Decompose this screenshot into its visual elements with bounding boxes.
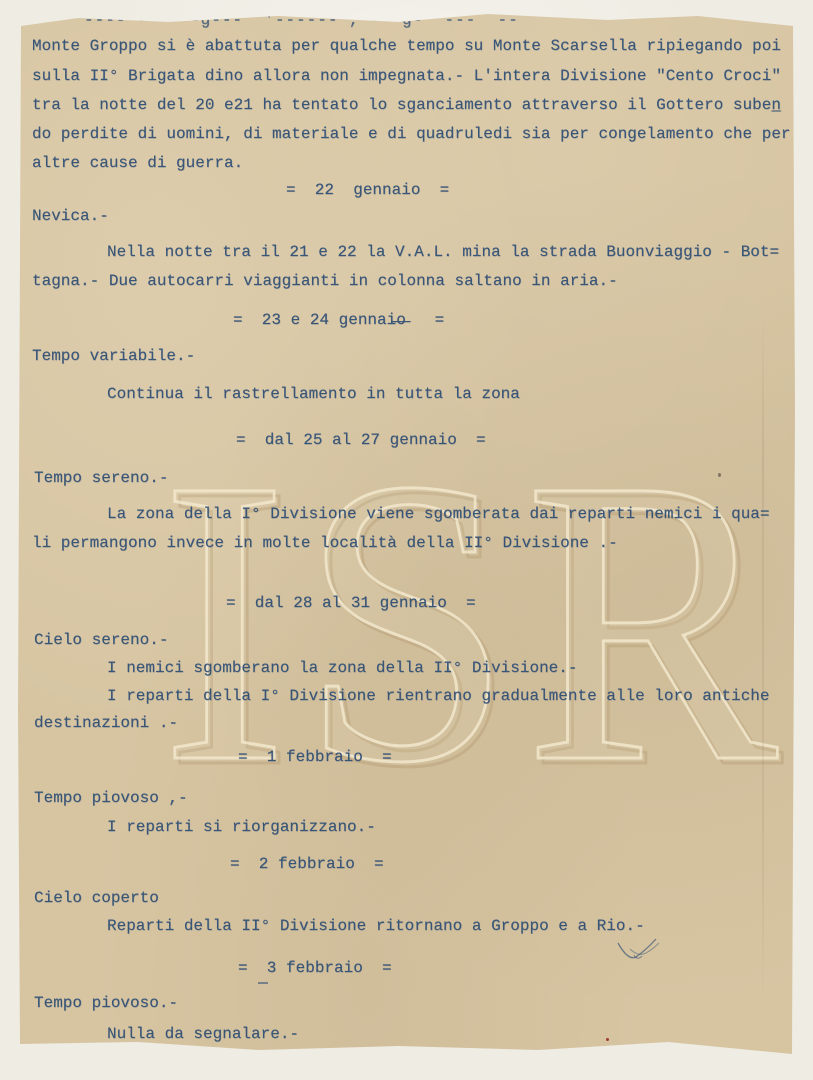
date-heading: = dal 25 al 27 gennaio = [236,430,486,450]
text-line: Monte Groppo si è abattuta per qualche t… [32,36,781,56]
stray-ink-dash [258,982,268,984]
text-line: Cielo coperto [34,888,159,908]
date-heading: = 1 febbraio = [238,747,392,767]
date-heading: = dal 28 al 31 gennaio = [226,593,476,613]
text-line: I reparti della I° Divisione rientrano g… [107,686,770,706]
text-line: Cielo sereno.- [34,630,168,650]
text-line: sulla II° Brigata dino allora non impegn… [32,66,781,86]
date-heading: = 2 febbraio = [230,854,384,874]
text-line: Nulla da segnalare.- [107,1024,299,1044]
text-line: altre cause di guerra. [32,153,243,173]
dark-speck [718,473,721,477]
text-line: Nella notte tra il 21 e 22 la V.A.L. min… [107,242,779,262]
text-line: li permangono invece in molte località d… [32,533,618,553]
date-heading: = 22 gennaio = [286,180,449,200]
pen-check-squiggle-icon [616,935,664,971]
text-line: I reparti si riorganizzano.- [107,817,376,837]
document-paper: ISR ISR ---- - ---g--- '------ , - -g- -… [18,10,796,1060]
text-line: I nemici sgomberano la zona della II° Di… [107,658,577,678]
red-ink-speck [606,1038,609,1041]
text-line: do perdite di uomini, di materiale e di … [32,124,791,144]
date-heading: = 23 e 24 gennai̶o̶ = [233,310,444,330]
text-line: Continua il rastrellamento in tutta la z… [107,384,520,404]
text-line: La zona della I° Divisione viene sgomber… [107,504,770,524]
cut-off-text-line: ---- - ---g--- '------ , - -g- --- -- [84,10,519,30]
text-line: destinazioni .- [34,713,178,733]
text-line: Nevica.- [32,206,109,226]
text-line: tra la notte del 20 e21 ha tentato lo sg… [32,95,781,115]
text-line: Reparti della II° Divisione ritornano a … [107,916,645,936]
text-line: tagna.- Due autocarri viaggianti in colo… [32,271,618,291]
paper-crease [762,310,764,1010]
text-line: Tempo variabile.- [32,346,195,366]
text-line: Tempo sereno.- [34,468,168,488]
text-line: Tempo piovoso.- [34,993,178,1013]
date-heading: = 3 febbraio = [238,958,392,978]
text-line: Tempo piovoso ,- [34,788,188,808]
scanned-document-view: { "colors": { "scan_background": "#efece… [0,0,813,1080]
